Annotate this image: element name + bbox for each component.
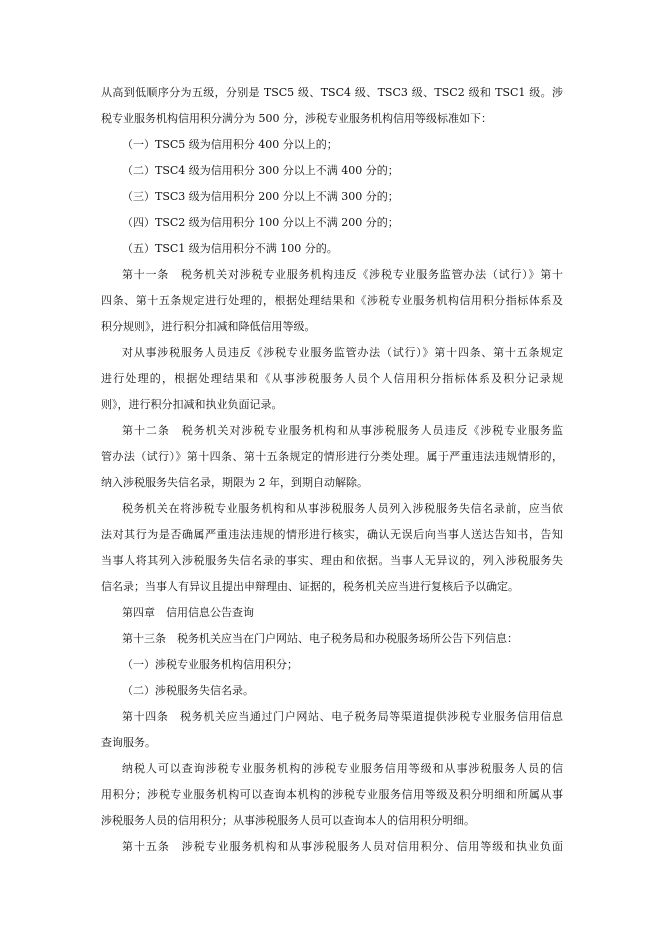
list-item-credit-score: （一）涉税专业服务机构信用积分； [101,652,563,678]
text-line: 信名录；当事人有异议且提出申辩理由、证据的，税务机关应当进行复核后予以确定。 [101,574,563,600]
paragraph-article-12: 第十二条 税务机关对涉税专业服务机构和从事涉税服务人员违反《涉税专业服务监 管办… [101,418,563,496]
paragraph-article-15: 第十五条 涉税专业服务机构和从事涉税服务人员对信用积分、信用等级和执业负面 [101,834,563,860]
chapter-heading: 第四章 信用信息公告查询 [101,600,563,626]
text-line: 税专业服务机构信用积分满分为 500 分，涉税专业服务机构信用等级标准如下： [101,106,563,132]
text-line: 管办法（试行）》第十四条、第十五条规定的情形进行分类处理。属于严重违法违规情形的… [101,444,563,470]
text-line: 纳税人可以查询涉税专业服务机构的涉税专业服务信用等级和从事涉税服务人员的信 [101,756,563,782]
paragraph-article-13: 第十三条 税务机关应当在门户网站、电子税务局和办税服务场所公告下列信息： [101,626,563,652]
list-item-tsc4: （二）TSC4 级为信用积分 300 分以上不满 400 分的； [101,158,563,184]
text-line: 第十一条 税务机关对涉税专业服务机构违反《涉税专业服务监管办法（试行）》第十 [101,262,563,288]
text-line: 查询服务。 [101,730,563,756]
grade-list: （一）TSC5 级为信用积分 400 分以上的； （二）TSC4 级为信用积分 … [101,132,563,262]
paragraph-grade-intro: 从高到低顺序分为五级，分别是 TSC5 级、TSC4 级、TSC3 级、TSC2… [101,80,563,132]
text-line: 积分规则》，进行积分扣减和降低信用等级。 [101,314,563,340]
text-line: 纳入涉税服务失信名录，期限为 2 年，到期自动解除。 [101,470,563,496]
text-line: 涉税服务人员的信用积分；从事涉税服务人员可以查询本人的信用积分明细。 [101,808,563,834]
paragraph-article-11-personnel: 对从事涉税服务人员违反《涉税专业服务监管办法（试行）》第十四条、第十五条规定 进… [101,340,563,418]
paragraph-article-11: 第十一条 税务机关对涉税专业服务机构违反《涉税专业服务监管办法（试行）》第十 四… [101,262,563,340]
announcement-list: （一）涉税专业服务机构信用积分； （二）涉税服务失信名录。 [101,652,563,704]
text-line: 进行处理的，根据处理结果和《从事涉税服务人员个人信用积分指标体系及积分记录规 [101,366,563,392]
text-line: 税务机关在将涉税专业服务机构和从事涉税服务人员列入涉税服务失信名录前，应当依 [101,496,563,522]
text-line: 第十五条 涉税专业服务机构和从事涉税服务人员对信用积分、信用等级和执业负面 [101,834,563,860]
text-line: 用积分；涉税专业服务机构可以查询本机构的涉税专业服务信用等级及积分明细和所属从事 [101,782,563,808]
text-line: 当事人将其列入涉税服务失信名录的事实、理由和依据。当事人无异议的，列入涉税服务失 [101,548,563,574]
text-line: 则》，进行积分扣减和执业负面记录。 [101,392,563,418]
chapter-4-title: 第四章 信用信息公告查询 [101,600,563,626]
text-line: 从高到低顺序分为五级，分别是 TSC5 级、TSC4 级、TSC3 级、TSC2… [101,80,563,106]
text-line: 第十四条 税务机关应当通过门户网站、电子税务局等渠道提供涉税专业服务信用信息 [101,704,563,730]
text-line: 第十二条 税务机关对涉税专业服务机构和从事涉税服务人员违反《涉税专业服务监 [101,418,563,444]
list-item-tsc3: （三）TSC3 级为信用积分 200 分以上不满 300 分的； [101,184,563,210]
text-line: 对从事涉税服务人员违反《涉税专业服务监管办法（试行）》第十四条、第十五条规定 [101,340,563,366]
paragraph-article-12-procedure: 税务机关在将涉税专业服务机构和从事涉税服务人员列入涉税服务失信名录前，应当依 法… [101,496,563,600]
document-page: 从高到低顺序分为五级，分别是 TSC5 级、TSC4 级、TSC3 级、TSC2… [0,0,662,936]
paragraph-article-14: 第十四条 税务机关应当通过门户网站、电子税务局等渠道提供涉税专业服务信用信息 查… [101,704,563,756]
list-item-tsc1: （五）TSC1 级为信用积分不满 100 分的。 [101,236,563,262]
text-line: 第十三条 税务机关应当在门户网站、电子税务局和办税服务场所公告下列信息： [101,626,563,652]
text-line: 四条、第十五条规定进行处理的，根据处理结果和《涉税专业服务机构信用积分指标体系及 [101,288,563,314]
list-item-tsc2: （四）TSC2 级为信用积分 100 分以上不满 200 分的； [101,210,563,236]
list-item-dishonesty-list: （二）涉税服务失信名录。 [101,678,563,704]
list-item-tsc5: （一）TSC5 级为信用积分 400 分以上的； [101,132,563,158]
paragraph-article-14-query: 纳税人可以查询涉税专业服务机构的涉税专业服务信用等级和从事涉税服务人员的信 用积… [101,756,563,834]
document-body: 从高到低顺序分为五级，分别是 TSC5 级、TSC4 级、TSC3 级、TSC2… [101,80,563,860]
text-line: 法对其行为是否确属严重违法违规的情形进行核实，确认无误后向当事人送达告知书，告知 [101,522,563,548]
